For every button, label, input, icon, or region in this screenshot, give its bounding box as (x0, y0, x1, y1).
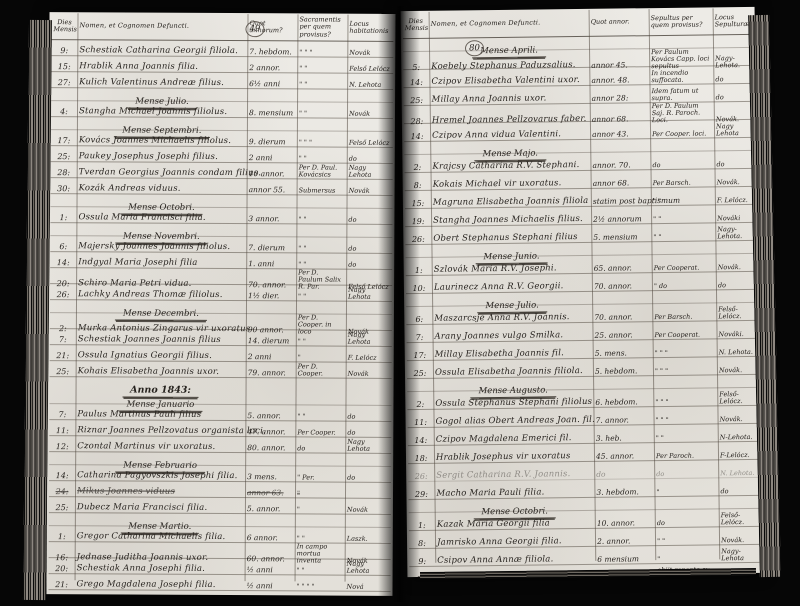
entry-day: 26: (408, 472, 434, 481)
column-header-name: Nomen, et Cognomen Defuncti. (429, 19, 589, 28)
entry-age: 2 annor. (247, 63, 297, 72)
entry-age: 3 mens. (245, 472, 295, 481)
entry-age: 9. dierum (247, 137, 297, 146)
entry-age: 80. annor. (245, 443, 295, 452)
entry-prov: " (295, 507, 345, 514)
entry-name: Stangha Michael Joannis filiolus. (77, 106, 247, 117)
entry-day: 15: (405, 199, 431, 208)
entry-place: Novák (347, 188, 393, 195)
entry-row: 1:Gregor Catharina Michaelis filia.6 ann… (49, 526, 391, 544)
entry-age: annor 68. (591, 178, 651, 188)
entry-row: 11:Riznar Joannes Pellzovatus organista … (49, 420, 391, 438)
entry-age: 2½ annorum (591, 214, 651, 224)
entry-day: 14: (403, 78, 429, 87)
entry-row: 1:Ossula Maria Francisci filia.3 annor."… (50, 207, 392, 225)
entry-name: Czipov Magdalena Emerici fil. (434, 433, 594, 445)
entry-place: Novák (347, 50, 393, 57)
entry-name: Obert Stephanus Stephani filius (431, 232, 591, 244)
entry-place: Novák (347, 111, 393, 118)
entry-place: do (347, 156, 393, 163)
entry-prov: In incendio suffocata. (649, 70, 713, 84)
entry-place: do (713, 76, 753, 83)
entry-row: 7:Schestiak Joannes Joannis filius14. di… (50, 329, 392, 347)
entry-age: ½ anni (245, 565, 295, 574)
entry-day: 1: (409, 521, 435, 530)
entry-day: 7: (49, 410, 75, 419)
entry-prov: Per Barsch. (651, 180, 715, 188)
entry-name: Millay Elisabetha Joannis fil. (433, 348, 593, 360)
entry-row: 14:Indgyal Maria Josephi filia1. anni" "… (50, 252, 392, 270)
column-header-provision: Sepultus per quem provisus? (649, 14, 713, 29)
entry-row: 25:Paukey Josephus Josephi filius.2 anni… (51, 146, 393, 164)
entry-age: 5. annor. (245, 504, 295, 513)
entry-prov: " " (654, 435, 718, 443)
entry-day: 25: (51, 152, 77, 161)
entry-place: do (718, 488, 758, 495)
entry-name: Hrablik Josephus vir uxoratus (434, 451, 594, 463)
entry-age: 47. annor. (245, 427, 295, 436)
entry-prov: " " (295, 414, 345, 421)
entry-place: Nagy-Lehota (719, 548, 759, 562)
entry-row: 2:Murka Antonius Zingarus vir uxoratus90… (50, 313, 392, 331)
entry-age: 2 anni (246, 352, 296, 361)
entry-place: Felső Lelócz (347, 140, 393, 147)
entry-prov: Per Cooper. loci. (650, 131, 714, 139)
entry-prov: do (295, 446, 345, 453)
entry-day: 11: (408, 418, 434, 427)
entry-prov: do (654, 471, 718, 479)
entry-age: annor 28: (590, 93, 650, 103)
entry-day: 26: (405, 235, 431, 244)
entry-name: Schestiak Joannes Joannis filius (76, 334, 246, 345)
entry-place: do (346, 246, 392, 253)
right-page: 80 Dies Mensis Nomen, et Cognomen Defunc… (401, 7, 762, 577)
entry-prov: " " (651, 234, 715, 242)
entry-age: 6 mensium (595, 554, 655, 564)
entry-row: 26:Lachky Andreas Thomæ filiolus.1½ dier… (50, 284, 392, 302)
entry-age: 1½ dier. (246, 291, 296, 300)
entry-day: 15: (51, 62, 77, 71)
entry-day: 19: (405, 217, 431, 226)
entry-prov: " Per. (295, 475, 345, 482)
entry-prov: " (296, 355, 346, 362)
entry-age: annor. 48. (589, 75, 649, 85)
entry-name: Millay Anna Joannis uxor. (430, 93, 590, 105)
entry-day: 12: (49, 442, 75, 451)
entry-row: 27:Kulich Valentinus Andreæ filius.6½ an… (51, 72, 393, 90)
entry-place: Felső-Lelócz. (717, 391, 757, 405)
entry-day: 21: (49, 580, 75, 589)
entry-place: Felső-Lelócz. (719, 512, 759, 526)
entry-day: 30: (51, 184, 77, 193)
entry-day: 28: (51, 168, 77, 177)
entry-name: Lachky Andreas Thomæ filiolus. (76, 289, 246, 300)
entry-name: Czipov Elisabetha Valentini uxor. (429, 75, 589, 87)
entry-age: 10 annor. (247, 169, 297, 178)
entry-prov: " " (651, 198, 715, 206)
entry-row: 4:Stangha Michael Joannis filiolus.8. me… (51, 101, 393, 119)
entry-age: 70. annor. (592, 312, 652, 322)
entry-place: Nagy Lehota (714, 123, 754, 137)
entry-name: Paukey Josephus Josephi filius. (77, 151, 247, 162)
entry-prov: Per Cooperat. (652, 332, 716, 340)
entry-prov: " " (297, 156, 347, 163)
entry-row: 25:Kohais Elisabetha Joannis uxor.79. an… (50, 361, 392, 379)
entry-place: Novák. (717, 367, 757, 374)
entry-name: Szlovák Maria R.V. Josephi. (432, 263, 592, 275)
entry-age: 6 annor. (245, 533, 295, 542)
entry-day: 8: (405, 181, 431, 190)
entry-day: 26: (50, 290, 76, 299)
entry-name: Gregor Catharina Michaelis filia. (75, 531, 245, 542)
entry-prov: Per Barsch. (652, 314, 716, 322)
entry-age: 3. heb. (594, 433, 654, 443)
column-header-row: Dies Mensis Nomen, et Cognomen Defuncti.… (51, 13, 393, 42)
entry-day: 27: (51, 78, 77, 87)
entry-name: Hrablik Anna Joannis filia. (77, 61, 247, 72)
entry-place: F. Lelócz. (715, 197, 755, 204)
entry-name: Ossula Maria Francisci filia. (76, 212, 246, 223)
entry-row: 7:Paulus Martinus Pauli filius5. annor."… (49, 404, 391, 422)
entry-age: 5. annor. (245, 411, 295, 420)
entry-age: annor 43. (590, 129, 650, 139)
entry-place: do (714, 161, 754, 168)
entry-row: 20:Schestiak Anna Josephi filia.½ anni" … (49, 558, 391, 576)
entry-row: 28:Tverdan Georgius Joannis condam filiu… (51, 162, 393, 180)
entry-place: do (345, 475, 391, 482)
entry-day: 25: (404, 96, 430, 105)
entry-place: Nagy Lehota (347, 165, 393, 179)
page-number-badge: 49 (245, 21, 264, 37)
entry-place: Nagy Lehota (345, 439, 391, 453)
entry-day: 17: (407, 351, 433, 360)
entry-day: 6: (406, 315, 432, 324)
entry-name: Kohais Catharina Josephi condam fil. (74, 595, 244, 596)
entry-prov: Per Cooperat. (652, 265, 716, 273)
entry-age: 70. annor. (592, 281, 652, 291)
entry-name: Kazak Maria Georgii filia (435, 518, 595, 530)
entry-prov: " " (297, 111, 347, 118)
entry-prov: do (650, 162, 714, 170)
entry-prov: " do (652, 283, 716, 291)
entry-day: 14: (404, 132, 430, 141)
entry-day: 1: (49, 532, 75, 541)
entry-name: Schestiak Anna Josephi filia. (75, 563, 245, 574)
entry-place: Nagy Lehota (346, 332, 392, 346)
entry-name: Laurinecz Anna R.V. Georgii. (432, 281, 592, 293)
entry-row: 24:Kohais Catharina Josephi condam fil.3… (48, 590, 390, 596)
entry-prov: " (295, 491, 345, 498)
entry-age: 25. annor. (592, 330, 652, 340)
entry-age: 10. annor. (595, 518, 655, 528)
entry-place: N. Lehota (347, 82, 393, 89)
entry-name: Gogol alias Obert Andreas Joan. fil. (434, 415, 594, 427)
entry-name: Grego Magdalena Josephi filia. (75, 579, 245, 590)
entry-name: Sergit Catharina R.V. Joannis. (434, 469, 594, 481)
entry-place: Felső-Lelócz. (716, 306, 756, 320)
entry-age: 1. anni (246, 259, 296, 268)
entry-place: Novák. (715, 179, 755, 186)
entry-place: Nagy Lehota (345, 561, 391, 575)
entry-name: Ossula Stephanus Stephani filiolus (433, 397, 593, 409)
entry-place: Nagy Lehota (346, 287, 392, 301)
entry-name: Czontal Martinus vir uxoratus. (75, 441, 245, 452)
entry-name: Ossula Ignatius Georgii filius. (76, 350, 246, 361)
entry-name: Arany Joannes vulgo Smilka. (432, 330, 592, 342)
entry-day: 2: (404, 163, 430, 172)
entry-age: 5. mensium (591, 232, 651, 242)
column-header-place: Locus habitationis (347, 21, 393, 36)
entry-day: 7: (50, 335, 76, 344)
entry-age: 6½ anni (247, 79, 297, 88)
entry-name: Dubecz Maria Francisci filia. (75, 502, 245, 513)
entry-name: Schestiak Catharina Georgii filiola. (77, 45, 247, 56)
entry-prov: Per Cooper. (295, 430, 345, 437)
entry-age: 2 anni (247, 153, 297, 162)
entry-place: Nováki. (716, 331, 756, 338)
entry-day: 2: (407, 400, 433, 409)
entry-name: Ossula Elisabetha Joannis filiola. (433, 366, 593, 378)
entry-prov: " " " (297, 50, 347, 57)
register-scan-photo: 49 Dies Mensis Nomen, et Cognomen Defunc… (0, 0, 800, 606)
entry-place: Novák (345, 507, 391, 514)
entry-name: Kozák Andreas viduus. (77, 183, 247, 194)
entry-prov: Per Paroch. (654, 453, 718, 461)
entry-place: Novák. (718, 416, 758, 423)
entry-age: 6. hebdom. (593, 397, 653, 407)
column-header-provision: Sacramentis per quem provisus? (297, 17, 347, 39)
entry-row: 17:Kovács Joannes Michaelis filiolus.9. … (51, 130, 393, 148)
entry-place: do (346, 262, 392, 269)
entry-row: 12:Czontal Martinus vir uxoratus.80. ann… (49, 436, 391, 454)
entry-age: 2. annor. (595, 536, 655, 546)
entry-prov: " " (296, 294, 346, 301)
entry-place: do (346, 217, 392, 224)
entry-place: F-Lelócz. (718, 452, 758, 459)
entry-age: annor 55. (247, 185, 297, 194)
entry-day: 24: (49, 487, 75, 496)
entry-age: 79. annor. (246, 368, 296, 377)
entry-age: 3. hebdom. (594, 487, 654, 497)
entry-age: statim post baptismum (591, 196, 651, 206)
entry-prov: " " " (297, 140, 347, 147)
entry-day: 1: (406, 266, 432, 275)
entry-day: 10: (406, 284, 432, 293)
entry-prov: " (654, 489, 718, 497)
entry-day: 20: (49, 564, 75, 573)
entry-day: 18: (408, 454, 434, 463)
entry-day: 14: (49, 471, 75, 480)
entry-age: annor. 70. (590, 160, 650, 170)
entry-day: 14: (50, 258, 76, 267)
entry-prov: " " (296, 246, 346, 253)
column-header-day: Dies Mensis (403, 18, 429, 33)
entry-name: Majersky Joannes Joannis filiolus. (76, 241, 246, 252)
entry-place: Nagy-Lehota. (715, 226, 755, 240)
entry-prov: Per D. Paul. Kovácsics (297, 165, 347, 179)
entry-row: 21:Grego Magdalena Josephi filia.½ anni"… (48, 574, 390, 592)
entry-place: Nováki (715, 215, 755, 222)
entry-name: Maszarcsje Anna R.V. Joannis. (432, 312, 592, 324)
entry-day: 8: (409, 539, 435, 548)
entry-prov: " " " " (295, 584, 345, 591)
entry-prov: " " " (653, 368, 717, 376)
entry-day: 11: (49, 426, 75, 435)
entry-place: Novák. (719, 537, 759, 544)
entry-name: Kohais Elisabetha Joannis uxor. (76, 366, 246, 377)
entry-day: 25: (50, 367, 76, 376)
entry-prov: " " (295, 568, 345, 575)
entry-prov: " " (296, 339, 346, 346)
entry-place: Laszk. (345, 536, 391, 543)
entry-place: N-Lehota. (718, 434, 758, 441)
column-header-name: Nomen, et Cognomen Defuncti. (77, 23, 247, 31)
entry-prov: " (655, 556, 719, 564)
entry-row: 21:Ossula Ignatius Georgii filius.2 anni… (50, 345, 392, 363)
entry-name: Czipov Anna vidua Valentini. (430, 129, 590, 141)
entry-place: Novák. (716, 264, 756, 271)
entry-name: Stangha Joannes Michaelis filius. (431, 214, 591, 226)
entry-prov: " " " (653, 399, 717, 407)
entry-age: 65. annor. (592, 263, 652, 273)
column-header-day: Dies Mensis (51, 19, 77, 33)
entry-day: 17: (51, 136, 77, 145)
entry-day: 9: (409, 557, 435, 566)
entry-row: 9:Schestiak Catharina Georgii filiola.7.… (51, 40, 393, 58)
entry-prov: " " (655, 538, 719, 546)
entry-day: 1: (50, 213, 76, 222)
entry-name: Kokais Michael vir uxoratus. (431, 178, 591, 190)
entry-prov: Submersus (297, 188, 347, 195)
entry-day: 6: (50, 242, 76, 251)
entry-place: Felső Lelócz (347, 66, 393, 73)
entry-age: 7. dierum (246, 243, 296, 252)
entry-name: Paulus Martinus Pauli filius (75, 409, 245, 420)
entry-name: Kovács Joannes Michaelis filiolus. (77, 135, 247, 146)
entry-name: Tverdan Georgius Joannis condam filius. (77, 167, 247, 178)
entry-place: N. Lehota. (718, 470, 758, 477)
entry-age: 45. annor. (594, 451, 654, 461)
entry-prov: Per D. Cooper. (296, 364, 346, 378)
entry-day: 25: (407, 369, 433, 378)
entry-prov: " " (297, 66, 347, 73)
entry-age: 3 annor. (246, 214, 296, 223)
entry-place: do (345, 430, 391, 437)
column-header-row: Dies Mensis Nomen, et Cognomen Defuncti.… (403, 8, 753, 39)
entry-row: 16:Jednase Juditha Joannis uxor.60. anno… (49, 542, 391, 560)
entry-name: Catharina Pagyovszkis Josephi filia. (75, 470, 245, 481)
entry-place: do (345, 414, 391, 421)
entry-prov: " " " (653, 350, 717, 358)
entry-age: 8. mensium (247, 108, 297, 117)
entry-age: annor 63. (245, 488, 295, 497)
entry-age: 5. mens. (593, 348, 653, 358)
entry-name: Jamrisko Anna Georgii filia. (435, 536, 595, 548)
column-header-age: Quot annor. (589, 19, 649, 27)
entry-row: 30:Kozák Andreas viduus.annor 55.Submers… (51, 178, 393, 196)
entry-row: 25:Dubecz Maria Francisci filia.5. annor… (49, 497, 391, 515)
entry-day: 25: (49, 503, 75, 512)
entry-name: Riznar Joannes Pellzovatus organista loc… (75, 425, 245, 436)
entry-prov: " " (296, 217, 346, 224)
entry-day: 7: (406, 333, 432, 342)
entry-name: Mikus Joannes viduus (75, 486, 245, 497)
entry-row: 15:Hrablik Anna Joannis filia.2 annor." … (51, 56, 393, 74)
entry-prov: " " (297, 82, 347, 89)
entry-prov: Idem fatum ut supra. (650, 88, 714, 102)
entry-row: 14:Catharina Pagyovszkis Josephi filia.3… (49, 465, 391, 483)
entry-name: Krajcsy Catharina R.V. Stephani. (430, 160, 590, 172)
entry-place: N. Lehota. (717, 349, 757, 356)
entry-day: 9: (51, 46, 77, 55)
entry-day: 29: (408, 490, 434, 499)
entry-row: 6:Majersky Joannes Joannis filiolus.7. d… (50, 236, 392, 254)
entry-place: Nová (345, 584, 391, 591)
entry-place: do (716, 282, 756, 289)
entry-place: do (714, 94, 754, 101)
entry-age: do (594, 469, 654, 479)
entry-age: 7. annor. (594, 415, 654, 425)
entry-row: 24:Mikus Joannes viduusannor 63." (49, 481, 391, 499)
entry-name: Macho Maria Pauli filia. (434, 487, 594, 499)
entry-name: Indgyal Maria Josephi filia (76, 257, 246, 268)
left-page: 49 Dies Mensis Nomen, et Cognomen Defunc… (46, 12, 395, 596)
entry-age: 14. dierum (246, 336, 296, 345)
entry-age: ½ anni (245, 581, 295, 590)
entry-name: Csipov Anna Annæ filiola. (435, 554, 595, 566)
entry-prov: " " (651, 216, 715, 224)
entry-place: F. Lelócz (346, 355, 392, 362)
entry-day: 4: (51, 107, 77, 116)
entry-prov: " " " (654, 417, 718, 425)
entry-name: Kulich Valentinus Andreæ filius. (77, 77, 247, 88)
entry-row: 20:Schiro Maria Petri vidua.70. annor.Pe… (50, 268, 392, 286)
entry-name: Magruna Elisabetha Joannis filiola (431, 196, 591, 208)
entry-day: 14: (408, 436, 434, 445)
entry-age: 7. hebdom. (247, 47, 297, 56)
entry-prov: do (655, 520, 719, 528)
entry-place: Novák (346, 371, 392, 378)
entry-day: 21: (50, 351, 76, 360)
entry-age: 5. hebdom. (593, 366, 653, 376)
column-header-place: Locus Sepulturæ (713, 14, 753, 29)
